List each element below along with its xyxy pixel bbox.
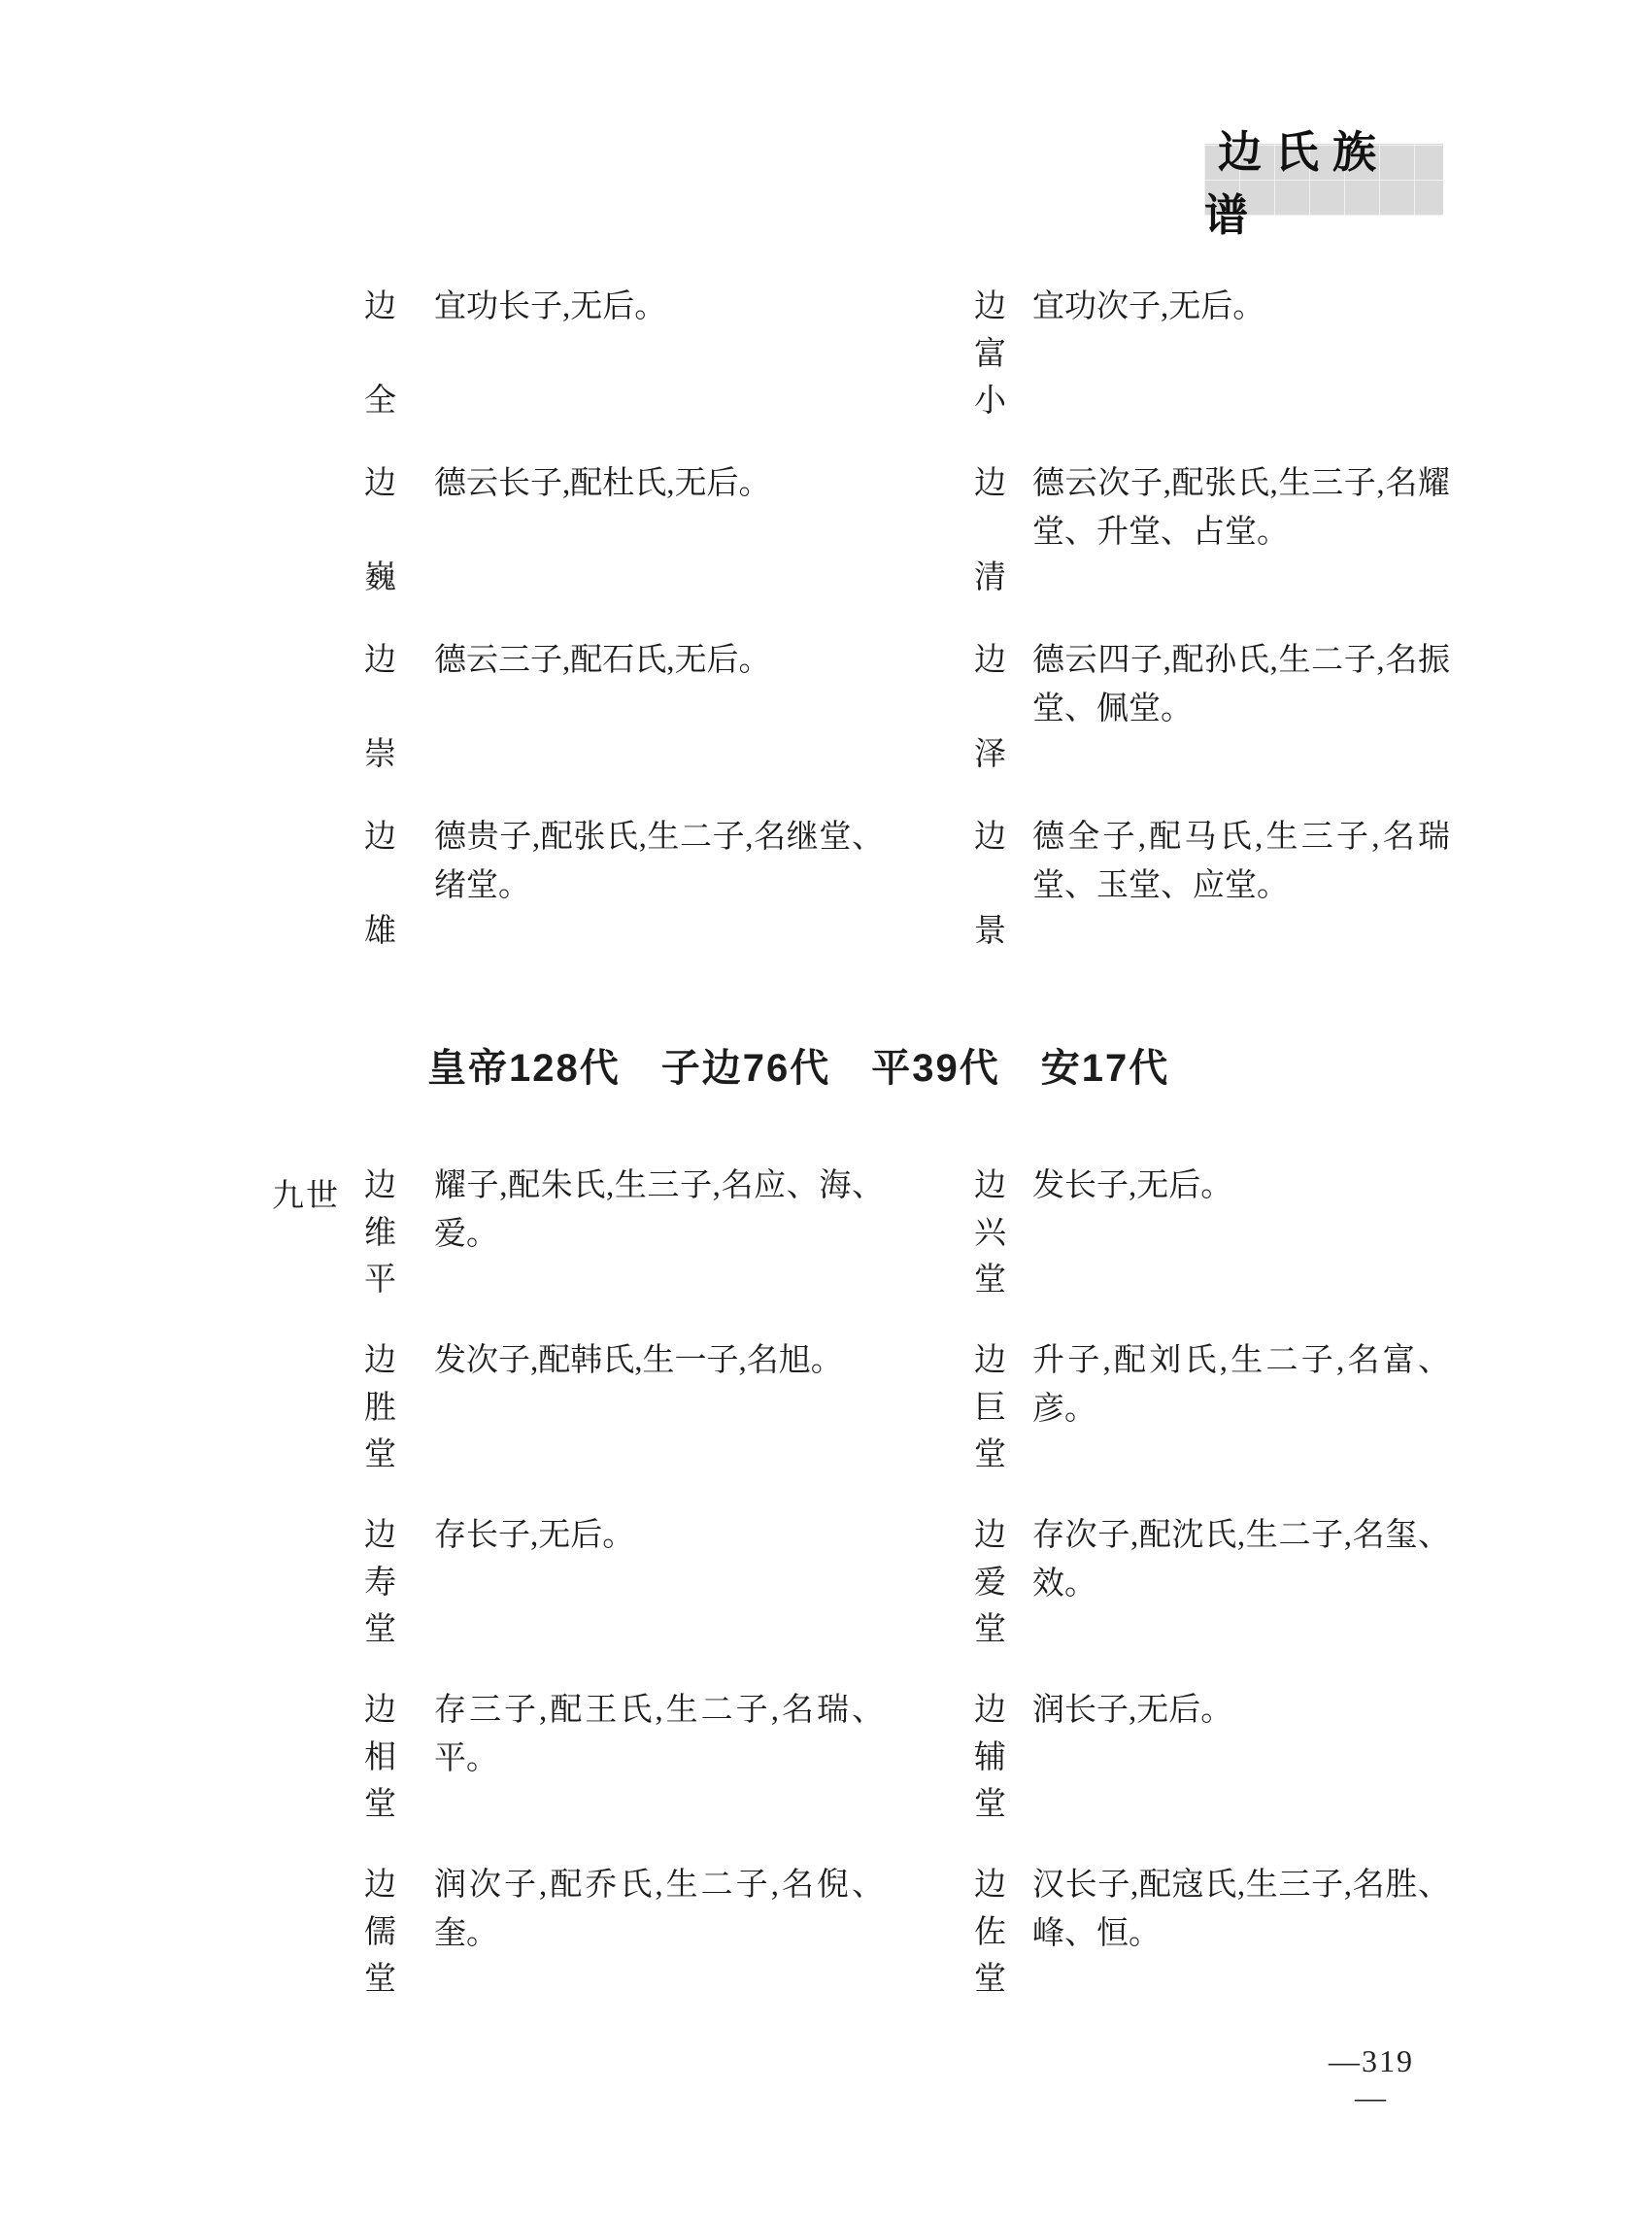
genealogy-entry: 边崇 德云三子,配石氏,无后。 xyxy=(364,645,884,771)
genealogy-entry: 边巨堂 升子,配刘氏,生二子,名富、彦。 xyxy=(974,1345,1450,1471)
section-generation-9: 九世 边维平 耀子,配朱氏,生三子,名应、海、爱。 边兴堂 发长子,无后。 边胜… xyxy=(255,1170,1450,2044)
person-name: 边巨堂 xyxy=(974,1345,1009,1471)
genealogy-entry: 边兴堂 发长子,无后。 xyxy=(974,1170,1450,1297)
person-name: 边巍 xyxy=(364,468,399,594)
genealogy-entry: 边儒堂 润次子,配乔氏,生二子,名倪、奎。 xyxy=(364,1870,884,1996)
genealogy-entry: 边雄 德贵子,配张氏,生二子,名继堂、绪堂。 xyxy=(364,822,884,948)
genealogy-entry: 边胜堂 发次子,配韩氏,生一子,名旭。 xyxy=(364,1345,884,1471)
person-description: 德云长子,配杜氏,无后。 xyxy=(434,459,884,508)
entry-row: 边相堂 存三子,配王氏,生二子,名瑞、平。 边辅堂 润长子,无后。 xyxy=(255,1695,1450,1870)
entry-row: 边全 宜功长子,无后。 边富小 宜功次子,无后。 xyxy=(255,291,1450,468)
genealogy-entry: 边佐堂 汉长子,配寇氏,生三子,名胜、峰、恒。 xyxy=(974,1870,1450,1996)
person-name: 边相堂 xyxy=(364,1695,399,1821)
person-name: 边胜堂 xyxy=(364,1345,399,1471)
person-name: 边泽 xyxy=(974,645,1009,771)
person-name: 边富小 xyxy=(974,291,1009,418)
person-description: 德贵子,配张氏,生二子,名继堂、绪堂。 xyxy=(434,813,884,910)
person-name: 边寿堂 xyxy=(364,1520,399,1646)
person-name: 边兴堂 xyxy=(974,1170,1009,1297)
genealogy-entry: 边寿堂 存长子,无后。 xyxy=(364,1520,884,1646)
person-name: 边景 xyxy=(974,822,1009,948)
genealogy-entry: 边清 德云次子,配张氏,生三子,名耀堂、升堂、占堂。 xyxy=(974,468,1450,594)
genealogy-page: 边氏族谱 边全 宜功长子,无后。 边富小 宜功次子,无后。 边巍 xyxy=(0,0,1652,2226)
genealogy-entry: 边相堂 存三子,配王氏,生二子,名瑞、平。 xyxy=(364,1695,884,1821)
genealogy-entry: 边维平 耀子,配朱氏,生三子,名应、海、爱。 xyxy=(364,1170,884,1297)
person-description: 存长子,无后。 xyxy=(434,1511,884,1560)
genealogy-entry: 边泽 德云四子,配孙氏,生二子,名振堂、佩堂。 xyxy=(974,645,1450,771)
person-description: 升子,配刘氏,生二子,名富、彦。 xyxy=(1032,1336,1450,1433)
person-description: 德云次子,配张氏,生三子,名耀堂、升堂、占堂。 xyxy=(1032,459,1450,556)
person-name: 边辅堂 xyxy=(974,1695,1009,1821)
entry-row: 边胜堂 发次子,配韩氏,生一子,名旭。 边巨堂 升子,配刘氏,生二子,名富、彦。 xyxy=(255,1345,1450,1520)
person-name: 边佐堂 xyxy=(974,1870,1009,1996)
entry-row: 边儒堂 润次子,配乔氏,生二子,名倪、奎。 边佐堂 汉长子,配寇氏,生三子,名胜… xyxy=(255,1870,1450,2044)
person-name: 边雄 xyxy=(364,822,399,948)
person-description: 汉长子,配寇氏,生三子,名胜、峰、恒。 xyxy=(1032,1861,1450,1958)
person-description: 存次子,配沈氏,生二子,名玺、效。 xyxy=(1032,1511,1450,1608)
person-name: 边全 xyxy=(364,291,399,418)
person-description: 宜功长子,无后。 xyxy=(434,283,884,331)
person-description: 发次子,配韩氏,生一子,名旭。 xyxy=(434,1336,884,1385)
entry-row: 九世 边维平 耀子,配朱氏,生三子,名应、海、爱。 边兴堂 发长子,无后。 xyxy=(255,1170,1450,1345)
generation-label: 九世 xyxy=(255,1170,364,1216)
person-description: 德云四子,配孙氏,生二子,名振堂、佩堂。 xyxy=(1032,636,1450,733)
genealogy-entry: 边全 宜功长子,无后。 xyxy=(364,291,884,418)
genealogy-entry: 边景 德全子,配马氏,生三子,名瑞堂、玉堂、应堂。 xyxy=(974,822,1450,948)
entry-row: 边雄 德贵子,配张氏,生二子,名继堂、绪堂。 边景 德全子,配马氏,生三子,名瑞… xyxy=(255,822,1450,998)
person-description: 德全子,配马氏,生三子,名瑞堂、玉堂、应堂。 xyxy=(1032,813,1450,910)
entry-row: 边寿堂 存长子,无后。 边爱堂 存次子,配沈氏,生二子,名玺、效。 xyxy=(255,1520,1450,1695)
genealogy-entry: 边爱堂 存次子,配沈氏,生二子,名玺、效。 xyxy=(974,1520,1450,1646)
genealogy-entry: 边辅堂 润长子,无后。 xyxy=(974,1695,1450,1821)
person-description: 润次子,配乔氏,生二子,名倪、奎。 xyxy=(434,1861,884,1958)
section-generation-8: 边全 宜功长子,无后。 边富小 宜功次子,无后。 边巍 德云长子,配杜氏,无后。… xyxy=(255,291,1450,998)
page-number: —319— xyxy=(1313,2043,1430,2115)
entry-row: 边巍 德云长子,配杜氏,无后。 边清 德云次子,配张氏,生三子,名耀堂、升堂、占… xyxy=(255,468,1450,645)
person-description: 耀子,配朱氏,生三子,名应、海、爱。 xyxy=(434,1162,884,1259)
person-name: 边清 xyxy=(974,468,1009,594)
person-name: 边维平 xyxy=(364,1170,399,1297)
person-description: 存三子,配王氏,生二子,名瑞、平。 xyxy=(434,1686,884,1783)
genealogy-entry: 边富小 宜功次子,无后。 xyxy=(974,291,1450,418)
entry-row: 边崇 德云三子,配石氏,无后。 边泽 德云四子,配孙氏,生二子,名振堂、佩堂。 xyxy=(255,645,1450,822)
person-name: 边爱堂 xyxy=(974,1520,1009,1646)
person-name: 边儒堂 xyxy=(364,1870,399,1996)
person-name: 边崇 xyxy=(364,645,399,771)
page-content: 边全 宜功长子,无后。 边富小 宜功次子,无后。 边巍 德云长子,配杜氏,无后。… xyxy=(0,0,1450,2044)
person-description: 宜功次子,无后。 xyxy=(1032,283,1450,331)
genealogy-entry: 边巍 德云长子,配杜氏,无后。 xyxy=(364,468,884,594)
person-description: 发长子,无后。 xyxy=(1032,1162,1450,1210)
dynasty-count-heading: 皇帝128代 子边76代 平39代 安17代 xyxy=(427,1042,1450,1096)
person-description: 润长子,无后。 xyxy=(1032,1686,1450,1735)
person-description: 德云三子,配石氏,无后。 xyxy=(434,636,884,685)
